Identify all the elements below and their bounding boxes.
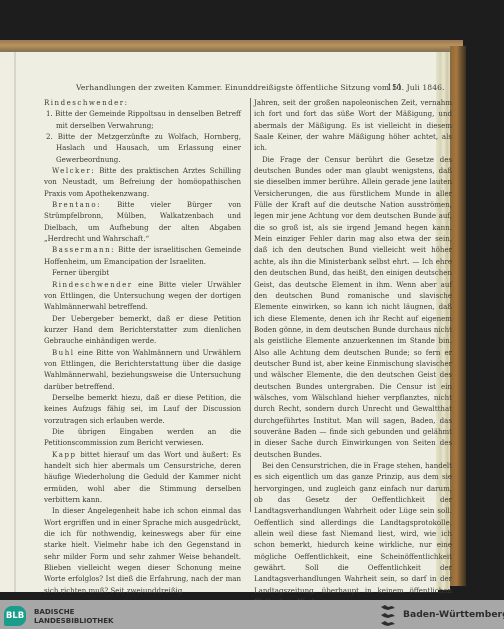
heading-speaker: Rindeschwender: (44, 97, 241, 108)
paragraph: Die Frage der Censur berührt die Gesetze… (254, 154, 452, 460)
footer-bar: BLB BADISCHE LANDESBIBLIOTHEK Baden-Würt… (0, 600, 504, 629)
paragraph: Jahren, seit der großen napoleonischen Z… (254, 97, 452, 154)
blb-line-2: LANDESBIBLIOTHEK (34, 616, 114, 625)
paragraph: Die übrigen Eingaben werden an die Petit… (44, 426, 241, 449)
paragraph: Brentano: Bitte vieler Bürger von Strümp… (44, 199, 241, 244)
blb-line-1: BADISCHE (34, 607, 114, 616)
page-gutter-line (14, 52, 16, 592)
paragraph: Rindeschwender eine Bitte vieler Urwähle… (44, 279, 241, 313)
right-column: Jahren, seit der großen napoleonischen Z… (254, 97, 452, 607)
column-divider (250, 98, 251, 512)
paragraph: Der Uebergeber bemerkt, daß er diese Pet… (44, 313, 241, 347)
paragraph: Kapp bittet hierauf um das Wort und äuße… (44, 449, 241, 506)
list-item: 1. Bitte der Gemeinde Rippoltsau in dens… (44, 108, 241, 131)
bw-logo-text[interactable]: Baden-Württemberg (403, 609, 504, 620)
page-number: 151 (387, 83, 402, 92)
paragraph: Derselbe bemerkt hiezu, daß er diese Pet… (44, 392, 241, 426)
left-column: Rindeschwender: 1. Bitte der Gemeinde Ri… (44, 97, 241, 596)
blb-logo-text[interactable]: BADISCHE LANDESBIBLIOTHEK (34, 607, 114, 625)
book-cover-edge (450, 46, 466, 586)
running-header: Verhandlungen der zweiten Kammer. Einund… (76, 83, 401, 92)
paragraph: In dieser Angelegenheit habe ich schon e… (44, 505, 241, 596)
paragraph: Ferner übergibt (44, 267, 241, 278)
paragraph: Bassermann: Bitte der israelitischen Gem… (44, 244, 241, 267)
paragraph: Bei den Censurstrichen, die in Frage ste… (254, 460, 452, 607)
paragraph: Buhl eine Bitte von Wahlmännern und Urwä… (44, 347, 241, 392)
paragraph: Welcker: Bitte des praktischen Arztes Sc… (44, 165, 241, 199)
scanned-book-spread: Verhandlungen der zweiten Kammer. Einund… (0, 0, 504, 600)
list-item: 2. Bitte der Metzgerzünfte zu Wolfach, H… (44, 131, 241, 165)
three-lions-icon[interactable] (379, 603, 397, 627)
blb-logo-badge[interactable]: BLB (4, 606, 26, 626)
